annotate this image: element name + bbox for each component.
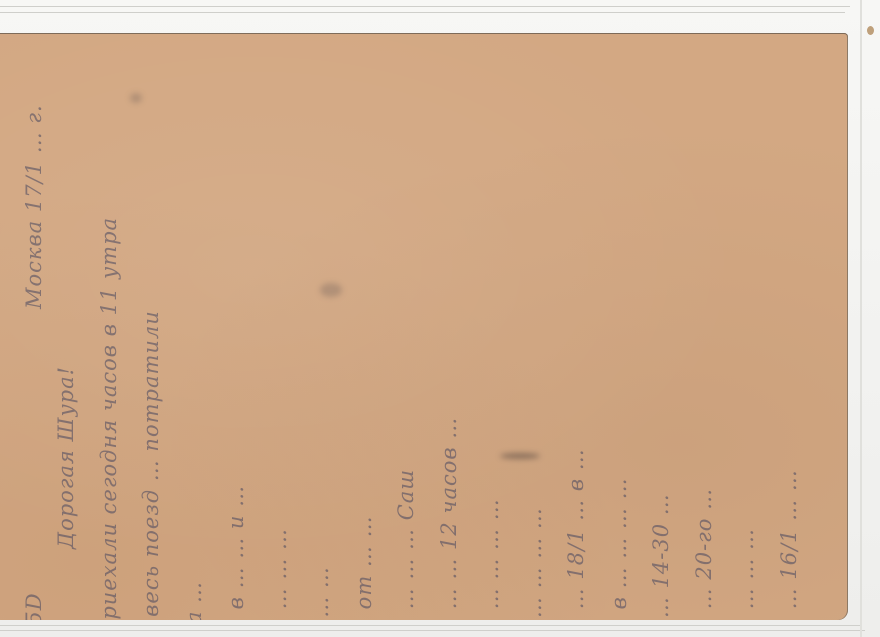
place-date: Москва 17/1 … г. — [22, 104, 46, 309]
handwritten-line: в … … … … — [522, 507, 546, 620]
sleeve-mark — [867, 26, 874, 35]
handwritten-line: Дорогая Шура! — [54, 366, 78, 549]
header-number: 15D — [22, 592, 46, 620]
sleeve-edge — [860, 0, 862, 637]
handwritten-line: … … … 12 часов … — [437, 417, 461, 620]
handwritten-line: Приехали сегодня часов в 11 утра — [97, 217, 121, 620]
sleeve-seam — [0, 6, 850, 7]
handwritten-line: … … … … Саш — [394, 469, 418, 620]
sleeve-seam — [0, 630, 865, 631]
handwritten-line: … … … … — [734, 528, 758, 620]
handwritten-line: и весь поезд … потратили — [139, 310, 163, 620]
handwritten-line: на … — [182, 581, 206, 620]
sleeve-seam — [0, 625, 860, 626]
handwritten-line: … … 16/1 … … — [777, 469, 801, 620]
handwritten-line: а … … — [309, 566, 333, 620]
handwritten-line: … … … … … — [479, 498, 503, 620]
handwritten-line: … в … … и … — [224, 485, 248, 620]
handwritten-line: … … … … — [267, 528, 291, 620]
handwritten-line: … — [819, 617, 843, 620]
handwritten-line: … от … … — [352, 515, 376, 620]
handwritten-line: … в … … … … — [607, 477, 631, 620]
handwritten-line: … … 20-го … — [692, 488, 716, 620]
sleeve-seam — [0, 12, 845, 13]
handwritten-line: … … 18/1 … в … — [564, 448, 588, 620]
handwritten-line: в … 14-30 … — [649, 493, 673, 620]
handwritten-text: 15D Москва 17/1 … г. Дорогая Шура!Приеха… — [14, 79, 834, 620]
postcard: 15D Москва 17/1 … г. Дорогая Шура!Приеха… — [0, 33, 848, 620]
